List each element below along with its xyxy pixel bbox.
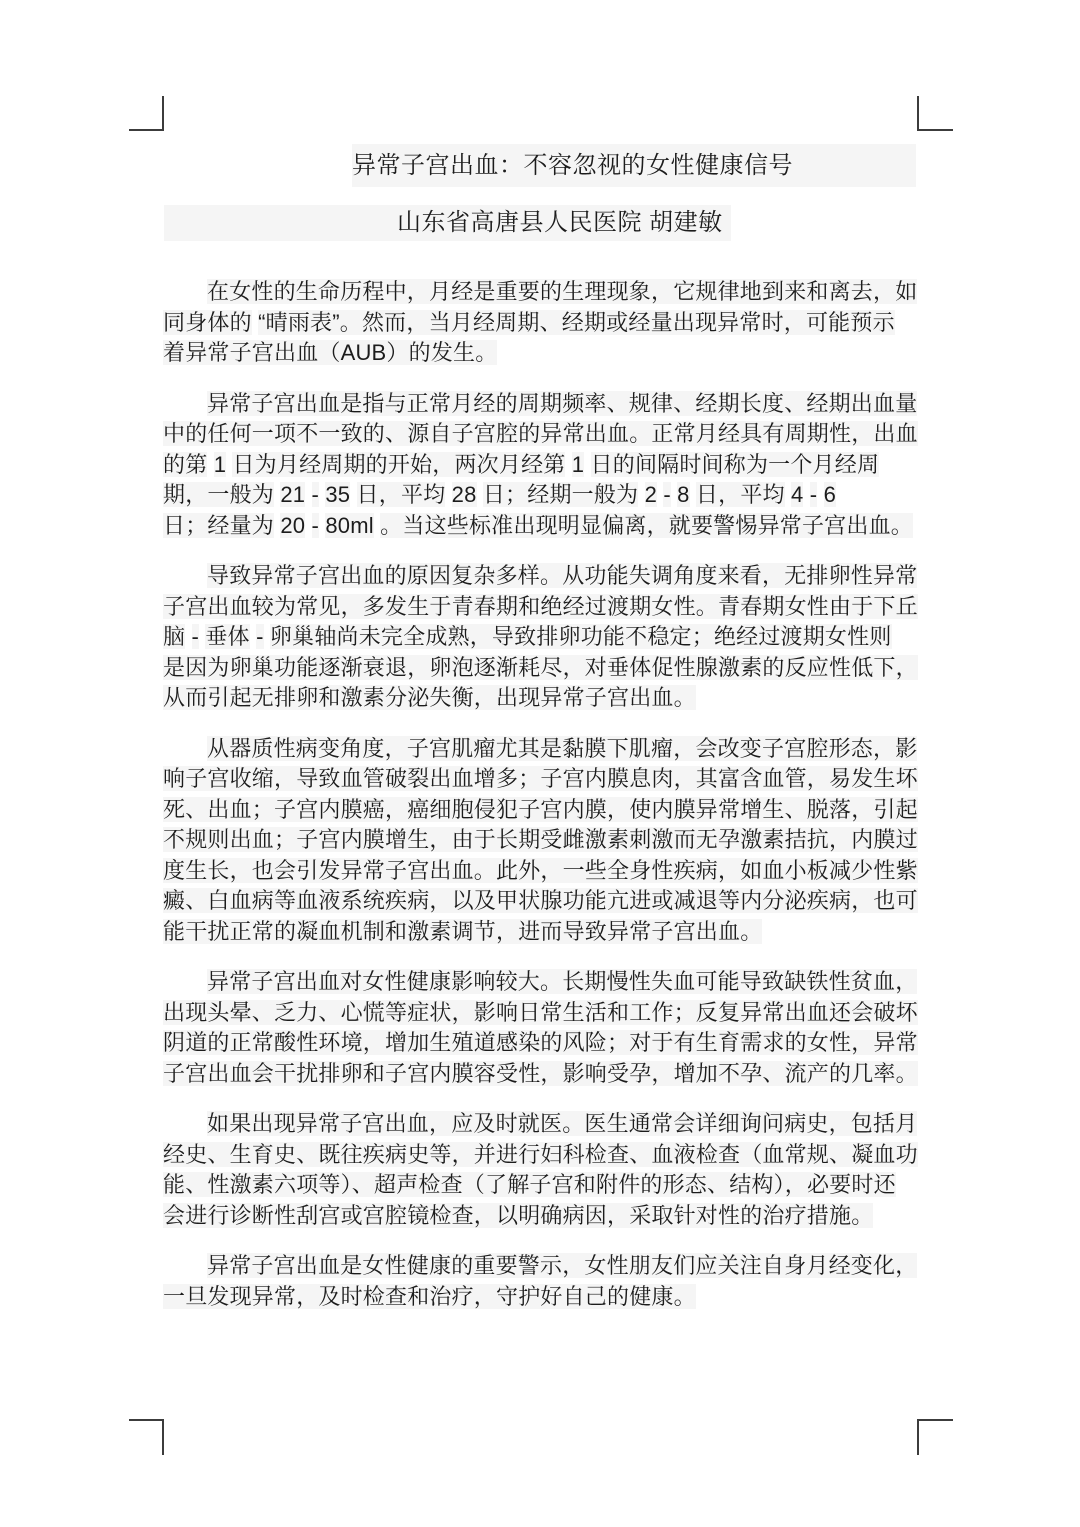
highlighted-text-run: 1 (572, 452, 584, 477)
document-page: 异常子宫出血：不容忽视的女性健康信号 山东省高唐县人民医院 胡建敏 在女性的生命… (0, 0, 1080, 1527)
highlighted-text-run: “晴雨表”。然而，当月经周期、经期或经量出现异常时，可能预示 (258, 310, 895, 335)
text-line: 响子宫收缩，导致血管破裂出血增多；子宫内膜息肉，其富含血管，易发生坏 (163, 764, 917, 795)
margin-corner-mark-top-left (129, 96, 164, 131)
highlighted-text-run: 子宫出血会干扰排卵和子宫内膜容受性，影响受孕，增加不孕、流产的几率。 (163, 1061, 918, 1086)
highlighted-text-run: 出现头晕、乏力、心慌等症状，影响日常生活和工作；反复异常出血还会破坏 (163, 1000, 918, 1025)
text-line: 异常子宫出血是指与正常月经的周期频率、规律、经期长度、经期出血量 (163, 389, 917, 420)
text-line: 一旦发现异常，及时检查和治疗，守护好自己的健康。 (163, 1282, 917, 1313)
text-line: 会进行诊断性刮宫或宫腔镜检查，以明确病因，采取针对性的治疗措施。 (163, 1201, 917, 1232)
highlighted-text-run: - (810, 482, 818, 507)
text-line: 中的任何一项不一致的、源自子宫腔的异常出血。正常月经具有周期性，出血 (163, 419, 917, 450)
highlighted-text-run: 在女性的生命历程中，月经是重要的生理现象，它规律地到来和离去，如 (207, 279, 917, 304)
paragraph: 从器质性病变角度，子宫肌瘤尤其是黏膜下肌瘤，会改变子宫腔形态，影响子宫收缩，导致… (163, 734, 917, 948)
text-line: 如果出现异常子宫出血，应及时就医。医生通常会详细询问病史，包括月 (163, 1109, 917, 1140)
highlighted-text-run: 1 (214, 452, 226, 477)
text-line: 阴道的正常酸性环境，增加生殖道感染的风险；对于有生育需求的女性，异常 (163, 1028, 917, 1059)
text-line: 子宫出血较为常见，多发生于青春期和绝经过渡期女性。青春期女性由于下丘 (163, 592, 917, 623)
highlighted-text-run: 8 (677, 482, 689, 507)
highlighted-text-run: 度生长，也会引发异常子宫出血。此外，一些全身性疾病，如血小板减少性紫 (163, 858, 918, 883)
document-body: 在女性的生命历程中，月经是重要的生理现象，它规律地到来和离去，如同身体的 “晴雨… (163, 277, 917, 1312)
text-line: 期，一般为 21 - 35 日，平均 28 日；经期一般为 2 - 8 日，平均… (163, 480, 917, 511)
highlighted-text-run: - (663, 482, 671, 507)
text-line: 癜、白血病等血液系统疾病，以及甲状腺功能亢进或减退等内分泌疾病，也可 (163, 886, 917, 917)
paragraph: 异常子宫出血是女性健康的重要警示，女性朋友们应关注自身月经变化，一旦发现异常，及… (163, 1251, 917, 1312)
highlighted-text-run: 期，一般为 (163, 482, 274, 507)
highlighted-text-run: 着异常子宫出血（AUB）的发生。 (163, 340, 497, 365)
text-line: 同身体的 “晴雨表”。然而，当月经周期、经期或经量出现异常时，可能预示 (163, 308, 917, 339)
highlighted-text-run: 脑 (163, 624, 185, 649)
margin-corner-mark-bottom-right (917, 1419, 953, 1455)
highlighted-text-run: 异常子宫出血对女性健康影响较大。长期慢性失血可能导致缺铁性贫血， (207, 969, 917, 994)
text-line: 是因为卵巢功能逐渐衰退，卵泡逐渐耗尽，对垂体促性腺激素的反应性低下， (163, 653, 917, 684)
text-line: 不规则出血；子宫内膜增生，由于长期受雌激素刺激而无孕激素拮抗，内膜过 (163, 825, 917, 856)
text-line: 异常子宫出血是女性健康的重要警示，女性朋友们应关注自身月经变化， (163, 1251, 917, 1282)
highlighted-text-run: 日的间隔时间称为一个月经周 (591, 452, 880, 477)
text-line: 度生长，也会引发异常子宫出血。此外，一些全身性疾病，如血小板减少性紫 (163, 856, 917, 887)
text-line: 着异常子宫出血（AUB）的发生。 (163, 338, 917, 369)
highlighted-text-run: 2 (645, 482, 657, 507)
highlighted-text-run: 80ml (325, 513, 374, 538)
highlighted-text-run: 卵巢轴尚未完全成熟，导致排卵功能不稳定；绝经过渡期女性则 (270, 624, 892, 649)
paragraph: 异常子宫出血对女性健康影响较大。长期慢性失血可能导致缺铁性贫血，出现头晕、乏力、… (163, 967, 917, 1089)
highlighted-text-run: 21 (280, 482, 305, 507)
highlighted-text-run: 能干扰正常的凝血机制和激素调节，进而导致异常子宫出血。 (163, 919, 762, 944)
highlighted-text-run: 28 (452, 482, 477, 507)
highlighted-text-run: 子宫出血较为常见，多发生于青春期和绝经过渡期女性。青春期女性由于下丘 (163, 594, 918, 619)
highlighted-text-run: 日；经期一般为 (483, 482, 638, 507)
highlighted-text-run: 能、性激素六项等）、超声检查（了解子宫和附件的形态、结构），必要时还 (163, 1172, 896, 1197)
highlighted-text-run: 中的任何一项不一致的、源自子宫腔的异常出血。正常月经具有周期性，出血 (163, 421, 918, 446)
highlighted-text-run: 会进行诊断性刮宫或宫腔镜检查，以明确病因，采取针对性的治疗措施。 (163, 1203, 873, 1228)
highlighted-text-run: - (312, 513, 320, 538)
highlighted-text-run: - (192, 624, 200, 649)
highlighted-text-run: 日为月经周期的开始，两次月经第 (232, 452, 565, 477)
highlighted-text-run: 从器质性病变角度，子宫肌瘤尤其是黏膜下肌瘤，会改变子宫腔形态，影 (207, 736, 917, 761)
text-line: 在女性的生命历程中，月经是重要的生理现象，它规律地到来和离去，如 (163, 277, 917, 308)
highlighted-text-run: 的第 (163, 452, 207, 477)
highlighted-text-run: 响子宫收缩，导致血管破裂出血增多；子宫内膜息肉，其富含血管，易发生坏 (163, 766, 918, 791)
highlighted-text-run: 日，平均 (357, 482, 446, 507)
paragraph: 导致异常子宫出血的原因复杂多样。从功能失调角度来看，无排卵性异常子宫出血较为常见… (163, 561, 917, 714)
highlighted-text-run: 6 (824, 482, 836, 507)
highlighted-text-run: 日；经量为 (163, 513, 274, 538)
author-line: 山东省高唐县人民医院 胡建敏 (164, 205, 731, 241)
highlighted-text-run: 日，平均 (696, 482, 785, 507)
margin-corner-mark-top-right (917, 96, 953, 131)
highlighted-text-run: 导致异常子宫出血的原因复杂多样。从功能失调角度来看，无排卵性异常 (207, 563, 917, 588)
text-line: 出现头晕、乏力、心慌等症状，影响日常生活和工作；反复异常出血还会破坏 (163, 998, 917, 1029)
highlighted-text-run: 。当这些标准出现明显偏离，就要警惕异常子宫出血。 (380, 513, 913, 538)
highlighted-text-run: 不规则出血；子宫内膜增生，由于长期受雌激素刺激而无孕激素拮抗，内膜过 (163, 827, 918, 852)
author-line-text: 山东省高唐县人民医院 胡建敏 (397, 209, 723, 236)
text-line: 从器质性病变角度，子宫肌瘤尤其是黏膜下肌瘤，会改变子宫腔形态，影 (163, 734, 917, 765)
text-line: 日；经量为 20 - 80ml 。当这些标准出现明显偏离，就要警惕异常子宫出血。 (163, 511, 917, 542)
paragraph: 如果出现异常子宫出血，应及时就医。医生通常会详细询问病史，包括月经史、生育史、既… (163, 1109, 917, 1231)
highlighted-text-run: 20 (280, 513, 305, 538)
paragraph: 异常子宫出血是指与正常月经的周期频率、规律、经期长度、经期出血量中的任何一项不一… (163, 389, 917, 542)
text-line: 子宫出血会干扰排卵和子宫内膜容受性，影响受孕，增加不孕、流产的几率。 (163, 1059, 917, 1090)
document-title: 异常子宫出血：不容忽视的女性健康信号 (352, 144, 916, 187)
highlighted-text-run: 癜、白血病等血液系统疾病，以及甲状腺功能亢进或减退等内分泌疾病，也可 (163, 888, 918, 913)
highlighted-text-run: 如果出现异常子宫出血，应及时就医。医生通常会详细询问病史，包括月 (207, 1111, 917, 1136)
highlighted-text-run: 35 (325, 482, 350, 507)
margin-corner-mark-bottom-left (129, 1419, 164, 1455)
highlighted-text-run: 经史、生育史、既往疾病史等，并进行妇科检查、血液检查（血常规、凝血功 (163, 1142, 918, 1167)
text-line: 脑 - 垂体 - 卵巢轴尚未完全成熟，导致排卵功能不稳定；绝经过渡期女性则 (163, 622, 917, 653)
highlighted-text-run: 是因为卵巢功能逐渐衰退，卵泡逐渐耗尽，对垂体促性腺激素的反应性低下， (163, 655, 918, 680)
text-line: 经史、生育史、既往疾病史等，并进行妇科检查、血液检查（血常规、凝血功 (163, 1140, 917, 1171)
text-line: 能干扰正常的凝血机制和激素调节，进而导致异常子宫出血。 (163, 917, 917, 948)
highlighted-text-run: 一旦发现异常，及时检查和治疗，守护好自己的健康。 (163, 1284, 696, 1309)
text-line: 能、性激素六项等）、超声检查（了解子宫和附件的形态、结构），必要时还 (163, 1170, 917, 1201)
highlighted-text-run: 垂体 (205, 624, 249, 649)
text-line: 导致异常子宫出血的原因复杂多样。从功能失调角度来看，无排卵性异常 (163, 561, 917, 592)
highlighted-text-run: 从而引起无排卵和激素分泌失衡，出现异常子宫出血。 (163, 685, 696, 710)
highlighted-text-run: 同身体的 (163, 310, 252, 335)
text-line: 死、出血；子宫内膜癌，癌细胞侵犯子宫内膜，使内膜异常增生、脱落，引起 (163, 795, 917, 826)
paragraph: 在女性的生命历程中，月经是重要的生理现象，它规律地到来和离去，如同身体的 “晴雨… (163, 277, 917, 369)
highlighted-text-run: 异常子宫出血是女性健康的重要警示，女性朋友们应关注自身月经变化， (207, 1253, 917, 1278)
highlighted-text-run: 4 (791, 482, 803, 507)
text-line: 的第 1 日为月经周期的开始，两次月经第 1 日的间隔时间称为一个月经周 (163, 450, 917, 481)
highlighted-text-run: 阴道的正常酸性环境，增加生殖道感染的风险；对于有生育需求的女性，异常 (163, 1030, 918, 1055)
highlighted-text-run: - (312, 482, 320, 507)
highlighted-text-run: 异常子宫出血是指与正常月经的周期频率、规律、经期长度、经期出血量 (207, 391, 917, 416)
document-title-text: 异常子宫出血：不容忽视的女性健康信号 (352, 152, 793, 179)
text-line: 异常子宫出血对女性健康影响较大。长期慢性失血可能导致缺铁性贫血， (163, 967, 917, 998)
highlighted-text-run: - (256, 624, 264, 649)
text-line: 从而引起无排卵和激素分泌失衡，出现异常子宫出血。 (163, 683, 917, 714)
highlighted-text-run: 死、出血；子宫内膜癌，癌细胞侵犯子宫内膜，使内膜异常增生、脱落，引起 (163, 797, 918, 822)
